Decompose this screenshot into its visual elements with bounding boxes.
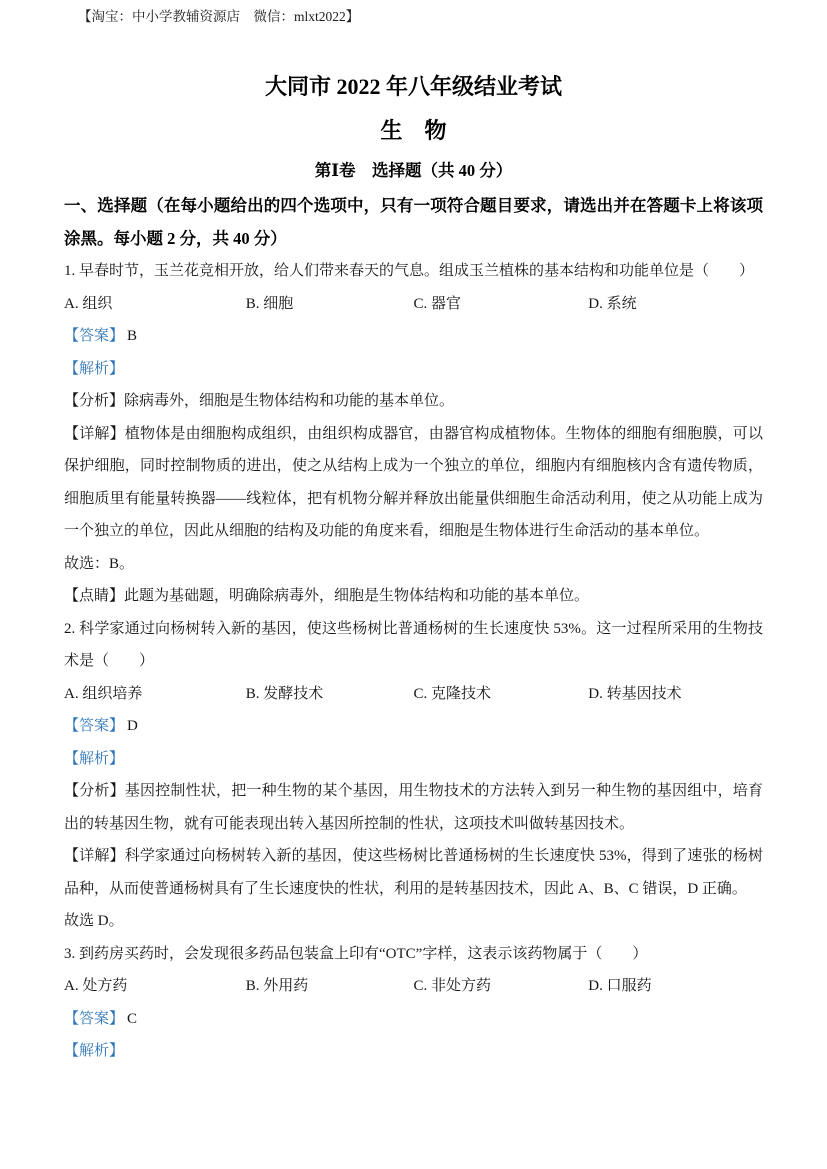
question-2-option-d: D. 转基因技术 (588, 678, 763, 711)
question-3-answer-letter: C (127, 1011, 137, 1027)
question-1-stem: 1. 早春时节，玉兰花竞相开放，给人们带来春天的气息。组成玉兰植株的基本结构和功… (64, 255, 763, 288)
part-heading: 第Ⅰ卷 选择题（共 40 分） (64, 158, 763, 184)
question-2-options: A. 组织培养 B. 发酵技术 C. 克隆技术 D. 转基因技术 (64, 678, 763, 711)
question-3-option-d: D. 口服药 (588, 970, 763, 1003)
question-2-analysis-text: 【分析】基因控制性状，把一种生物的某个基因，用生物技术的方法转入到另一种生物的基… (64, 775, 763, 840)
question-2-option-c: C. 克隆技术 (413, 678, 588, 711)
question-1-options: A. 组织 B. 细胞 C. 器官 D. 系统 (64, 288, 763, 321)
question-3-analysis-label: 【解析】 (64, 1035, 763, 1068)
question-1-analysis-text: 【分析】除病毒外，细胞是生物体结构和功能的基本单位。 (64, 385, 763, 418)
question-3-options: A. 处方药 B. 外用药 C. 非处方药 D. 口服药 (64, 970, 763, 1003)
question-2-option-a: A. 组织培养 (64, 678, 246, 711)
question-1-answer-line: 【答案】B (64, 320, 763, 353)
question-2-conclusion: 故选 D。 (64, 905, 763, 938)
question-2-detail-text: 【详解】科学家通过向杨树转入新的基因，使这些杨树比普通杨树的生长速度快 53%，… (64, 840, 763, 905)
question-2-stem: 2. 科学家通过向杨树转入新的基因，使这些杨树比普通杨树的生长速度快 53%。这… (64, 613, 763, 678)
answer-label: 【答案】 (64, 1011, 124, 1027)
question-1-option-b: B. 细胞 (246, 288, 414, 321)
question-3-option-b: B. 外用药 (246, 970, 414, 1003)
question-3: 3. 到药房买药时，会发现很多药品包装盒上印有“OTC”字样，这表示该药物属于（… (64, 938, 763, 1068)
question-1-option-c: C. 器官 (413, 288, 588, 321)
question-2: 2. 科学家通过向杨树转入新的基因，使这些杨树比普通杨树的生长速度快 53%。这… (64, 613, 763, 938)
question-3-stem: 3. 到药房买药时，会发现很多药品包装盒上印有“OTC”字样，这表示该药物属于（… (64, 938, 763, 971)
exam-title: 大同市 2022 年八年级结业考试 (64, 72, 763, 102)
answer-label: 【答案】 (64, 328, 124, 344)
question-2-analysis-label: 【解析】 (64, 743, 763, 776)
question-2-answer-line: 【答案】D (64, 710, 763, 743)
question-3-option-c: C. 非处方药 (413, 970, 588, 1003)
question-1-answer-letter: B (127, 328, 137, 344)
store-watermark: 【淘宝：中小学教辅资源店 微信：mlxt2022】 (64, 8, 763, 26)
question-1: 1. 早春时节，玉兰花竞相开放，给人们带来春天的气息。组成玉兰植株的基本结构和功… (64, 255, 763, 613)
question-3-answer-line: 【答案】C (64, 1003, 763, 1036)
answer-label: 【答案】 (64, 718, 124, 734)
question-1-analysis-label: 【解析】 (64, 353, 763, 386)
question-3-option-a: A. 处方药 (64, 970, 246, 1003)
subject-title: 生 物 (64, 116, 763, 146)
question-1-option-a: A. 组织 (64, 288, 246, 321)
question-2-answer-letter: D (127, 718, 138, 734)
document-page: 【淘宝：中小学教辅资源店 微信：mlxt2022】 大同市 2022 年八年级结… (0, 0, 827, 1169)
question-1-tip-text: 【点睛】此题为基础题，明确除病毒外，细胞是生物体结构和功能的基本单位。 (64, 580, 763, 613)
question-1-option-d: D. 系统 (588, 288, 763, 321)
question-1-conclusion: 故选：B。 (64, 548, 763, 581)
section-intro: 一、选择题（在每小题给出的四个选项中，只有一项符合题目要求，请选出并在答题卡上将… (64, 190, 763, 255)
question-2-option-b: B. 发酵技术 (246, 678, 414, 711)
question-1-detail-text: 【详解】植物体是由细胞构成组织，由组织构成器官，由器官构成植物体。生物体的细胞有… (64, 418, 763, 548)
